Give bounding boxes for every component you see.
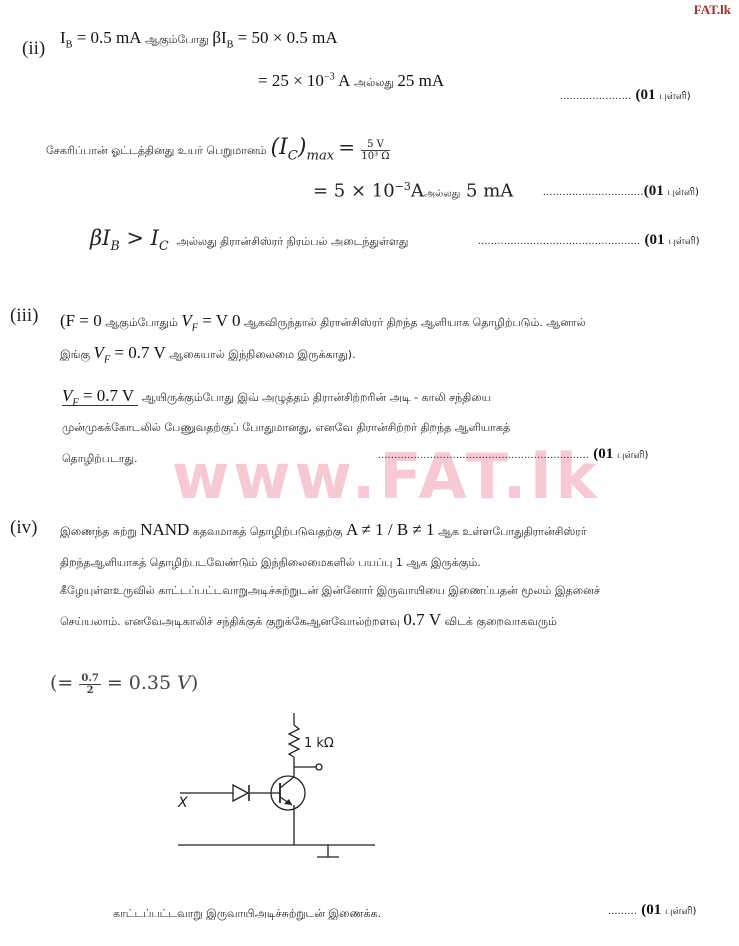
dotted-leader: ......... bbox=[608, 905, 637, 917]
tamil-text: ஆயிருக்கும்போது இவ் அழுத்தம் திரான்சிற்ற… bbox=[138, 391, 491, 404]
math-text: A bbox=[335, 71, 351, 90]
part-iv-line-2: திறந்தஆளியாகத் தொழிற்படவேண்டும் இந்நிலைம… bbox=[60, 556, 481, 571]
output-terminal-icon bbox=[316, 764, 322, 770]
dotted-leader: ............................... bbox=[543, 186, 644, 198]
part-ii-line-2: = 25 × 10−3 A அல்லது 25 mA bbox=[258, 71, 444, 91]
tamil-text: அல்லது bbox=[424, 188, 460, 199]
math-text: NAND bbox=[140, 520, 189, 539]
dotted-leader: ........................................… bbox=[478, 235, 641, 247]
math-text: = 0.7 V bbox=[110, 343, 166, 362]
tamil-text: அல்லது bbox=[350, 76, 397, 89]
marks-row: ...............................(01 புள்ள… bbox=[543, 182, 699, 200]
math-sup: −3 bbox=[324, 71, 335, 82]
resistor-label: 1 kΩ bbox=[304, 736, 334, 751]
part-ii-line-5: βIB > IC அல்லது திரான்சிஸ்ரர் நிரம்பல் அ… bbox=[90, 226, 408, 253]
math-text: A ≠ 1 / B ≠ 1 bbox=[346, 520, 435, 539]
diode-icon bbox=[233, 785, 248, 801]
marks-badge: (01 புள்ளி) bbox=[641, 902, 696, 918]
part-ii-line-1: IB = 0.5 mA ஆகும்போது βIB = 50 × 0.5 mA bbox=[60, 28, 338, 50]
marks-row: ...................... (01 புள்ளி) bbox=[560, 86, 691, 104]
tamil-text: ஆகவிருந்தால் திரான்சிஸ்ரர் திறந்த ஆளியாக… bbox=[240, 316, 585, 329]
tamil-text: செய்யலாம். எனவேஅடிகாலிச் சந்திக்குக் குற… bbox=[60, 615, 403, 628]
fraction: 5 V 10³ Ω bbox=[361, 139, 389, 162]
dotted-leader: ........................................… bbox=[378, 449, 589, 461]
marks-row: ........................................… bbox=[378, 445, 648, 463]
tamil-text: அல்லது திரான்சிஸ்ரர் நிரம்பல் அடைந்துள்ள… bbox=[177, 235, 409, 248]
math-text: (F = 0 bbox=[60, 311, 102, 330]
tamil-text: ஆக உள்ளபோதுதிரான்சிஸ்ரர் bbox=[435, 525, 587, 538]
marks-badge: (01 புள்ளி) bbox=[593, 446, 648, 462]
math-text: A bbox=[411, 180, 424, 201]
tamil-text: விடக் குறைவாகவரும் bbox=[441, 615, 557, 628]
part-iii-line-3: VF = 0.7 V ஆயிருக்கும்போது இவ் அழுத்தம் … bbox=[62, 386, 491, 408]
site-tag: FAT.lk bbox=[694, 2, 731, 18]
math-text: βIB > IC bbox=[90, 226, 169, 250]
math-text: = 0.5 mA bbox=[72, 28, 141, 47]
tamil-text: இணைந்த சுற்று bbox=[60, 525, 140, 538]
tamil-text: ஆகையால் இந்நிலைமை இருக்காது). bbox=[166, 348, 356, 361]
math-text: V bbox=[94, 343, 104, 362]
marks-badge: (01 புள்ளி) bbox=[645, 232, 700, 248]
part-iii-label: (iii) bbox=[10, 305, 39, 327]
dotted-leader: ...................... bbox=[560, 90, 632, 102]
math-text: 5 mA bbox=[460, 180, 513, 201]
math-text: = V 0 bbox=[198, 311, 241, 330]
part-iv-line-3: கீழேயுள்ளஉருவில் காட்டப்பட்டவாறுஅடிச்சுற… bbox=[60, 584, 600, 599]
marks-badge: (01 புள்ளி) bbox=[644, 183, 699, 199]
math-text: = 5 × 10 bbox=[313, 180, 395, 201]
tamil-text: கதவமாகத் தொழிற்படுவதற்கு bbox=[189, 525, 346, 538]
tamil-text: இங்கு bbox=[60, 348, 94, 361]
math-sup: −3 bbox=[395, 180, 411, 193]
math-text: βI bbox=[212, 28, 226, 47]
formula: (= 0.72 = 0.35 V) bbox=[50, 672, 198, 696]
part-iv-line-1: இணைந்த சுற்று NAND கதவமாகத் தொழிற்படுவதற… bbox=[60, 520, 587, 540]
math-text: V bbox=[181, 311, 191, 330]
part-iii-line-5: தொழிற்படாது. bbox=[62, 452, 138, 467]
part-iii-line-1: (F = 0 ஆகும்போதும் VF = V 0 ஆகவிருந்தால்… bbox=[60, 311, 586, 333]
part-iv-label: (iv) bbox=[10, 517, 37, 539]
part-iii-line-4: முன்முகக்கோடலில் பேணுவதற்குப் போதுமானது,… bbox=[62, 421, 510, 436]
part-ii-label: (ii) bbox=[22, 38, 45, 60]
transistor-circuit-diagram: 1 kΩ X bbox=[170, 705, 390, 865]
part-iii-line-2: இங்கு VF = 0.7 V ஆகையால் இந்நிலைமை இருக்… bbox=[60, 343, 356, 365]
math-text: = bbox=[338, 135, 361, 159]
input-label: X bbox=[177, 795, 188, 811]
marks-row: ........................................… bbox=[478, 231, 700, 249]
part-iv-line-4: செய்யலாம். எனவேஅடிகாலிச் சந்திக்குக் குற… bbox=[60, 610, 557, 630]
marks-badge: (01 புள்ளி) bbox=[636, 87, 691, 103]
part-ii-line-3: சேகரிப்பான் ஓட்டத்தினது உயர் பெறுமானம் (… bbox=[46, 135, 390, 163]
math-text: 0.7 V bbox=[403, 610, 441, 629]
part-ii-line-4: = 5 × 10−3Aஅல்லது 5 mA bbox=[313, 180, 513, 201]
tamil-text: சேகரிப்பான் ஓட்டத்தினது உயர் பெறுமானம் bbox=[46, 144, 266, 157]
resistor-icon bbox=[289, 725, 299, 757]
math-text: 25 mA bbox=[397, 71, 444, 90]
marks-row: ......... (01 புள்ளி) bbox=[608, 901, 696, 919]
math-text: = 25 × 10 bbox=[258, 71, 324, 90]
tamil-text: ஆகும்போதும் bbox=[102, 316, 182, 329]
math-text: = 50 × 0.5 mA bbox=[233, 28, 337, 47]
math-underlined: VF = 0.7 V bbox=[62, 386, 138, 406]
part-iv-final-line: காட்டப்பட்டவாறு இருவாயிஅடிச்சுற்றுடன் இண… bbox=[113, 907, 381, 922]
math-text: (IC)max bbox=[270, 135, 334, 160]
tamil-text: ஆகும்போது bbox=[142, 33, 213, 46]
